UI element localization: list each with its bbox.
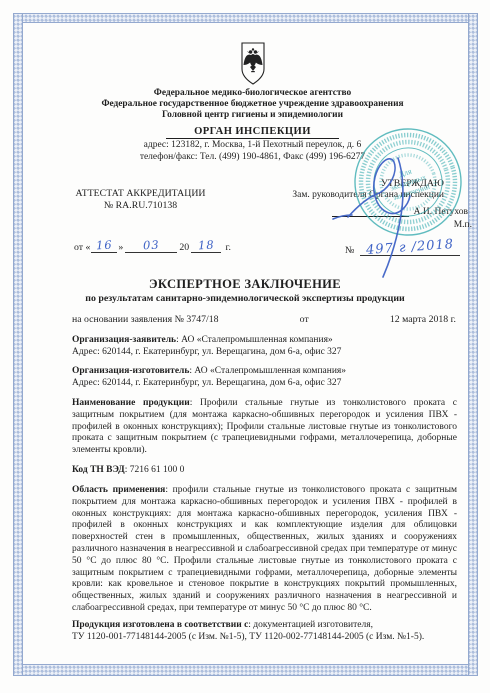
date-quote: »	[118, 242, 123, 253]
handwritten-month: 03	[143, 238, 160, 253]
letterhead: Федеральное медико-биологическое агентст…	[55, 88, 450, 122]
made-value: : документацией изготовителя,	[248, 620, 373, 630]
accreditation-block: АТТЕСТАТ АККРЕДИТАЦИИ № RA.RU.710138	[48, 188, 233, 212]
basis-date: 12 марта 2018 г.	[390, 314, 456, 325]
handwritten-day: 16	[96, 238, 113, 253]
document-subtitle: по результатам санитарно-эпидемиологичес…	[40, 293, 450, 304]
tnved-line: Код ТН ВЭД: 7216 61 100 0	[72, 465, 457, 477]
date-suffix: г.	[223, 242, 231, 253]
manufacturer-address: Адрес: 620144, г. Екатеринбург, ул. Вере…	[72, 378, 457, 390]
applicant-label: Организация-заявитель	[72, 335, 176, 345]
date-prefix: от «	[74, 242, 90, 253]
date-line: от «16»032018 г.	[74, 238, 231, 253]
organ-title-text: ОРГАН ИНСПЕКЦИИ	[166, 126, 339, 139]
applicant-value: : АО «Сталепромышленная компания»	[176, 335, 333, 345]
coat-of-arms-icon	[240, 42, 266, 85]
manufacturer-block: Организация-изготовитель: АО «Сталепромы…	[72, 366, 457, 390]
border-top	[13, 13, 478, 23]
made-label: Продукция изготовлена в соответствии с	[72, 620, 248, 630]
manufacturer-value: : АО «Сталепромышленная компания»	[189, 366, 346, 376]
number-prefix: №	[345, 245, 354, 256]
made-in-accordance-block: Продукция изготовлена в соответствии с: …	[72, 620, 457, 644]
border-right	[468, 13, 478, 676]
year-prefix: 20	[179, 242, 189, 253]
border-left	[13, 13, 23, 676]
basis-application: на основании заявления № 3747/18	[72, 314, 219, 325]
made-tu-line: ТУ 1120-001-77148144-2005 (с Изм. №1-5),…	[72, 632, 457, 644]
basis-row: на основании заявления № 3747/18 от 12 м…	[72, 314, 456, 325]
border-bottom	[13, 664, 478, 676]
applicant-address: Адрес: 620144, г. Екатеринбург, ул. Вере…	[72, 347, 457, 359]
accreditation-title: АТТЕСТАТ АККРЕДИТАЦИИ	[48, 188, 233, 200]
scope-text: : профили стальные гнутые из тонколистов…	[72, 485, 457, 613]
tnved-value: : 7216 61 100 0	[125, 465, 185, 475]
document-page: Федеральное медико-биологическое агентст…	[0, 0, 490, 693]
agency-line-2: Федеральное государственное бюджетное уч…	[55, 99, 450, 110]
applicant-block: Организация-заявитель: АО «Сталепромышле…	[72, 335, 457, 359]
product-label: Наименование продукции	[72, 398, 190, 408]
document-title: ЭКСПЕРТНОЕ ЗАКЛЮЧЕНИЕ	[40, 277, 450, 292]
accreditation-number: № RA.RU.710138	[48, 200, 233, 212]
manufacturer-label: Организация-изготовитель	[72, 366, 189, 376]
round-stamp: Для экспертных заключений	[351, 119, 465, 245]
scope-label: Область применения	[72, 485, 165, 495]
basis-from: от	[300, 314, 309, 325]
handwritten-year: 18	[197, 238, 214, 253]
agency-line-1: Федеральное медико-биологическое агентст…	[55, 88, 450, 99]
scope-paragraph: Область применения: профили стальные гну…	[72, 485, 457, 615]
tnved-label: Код ТН ВЭД	[72, 465, 125, 475]
product-name-paragraph: Наименование продукции: Профили стальные…	[72, 398, 457, 457]
